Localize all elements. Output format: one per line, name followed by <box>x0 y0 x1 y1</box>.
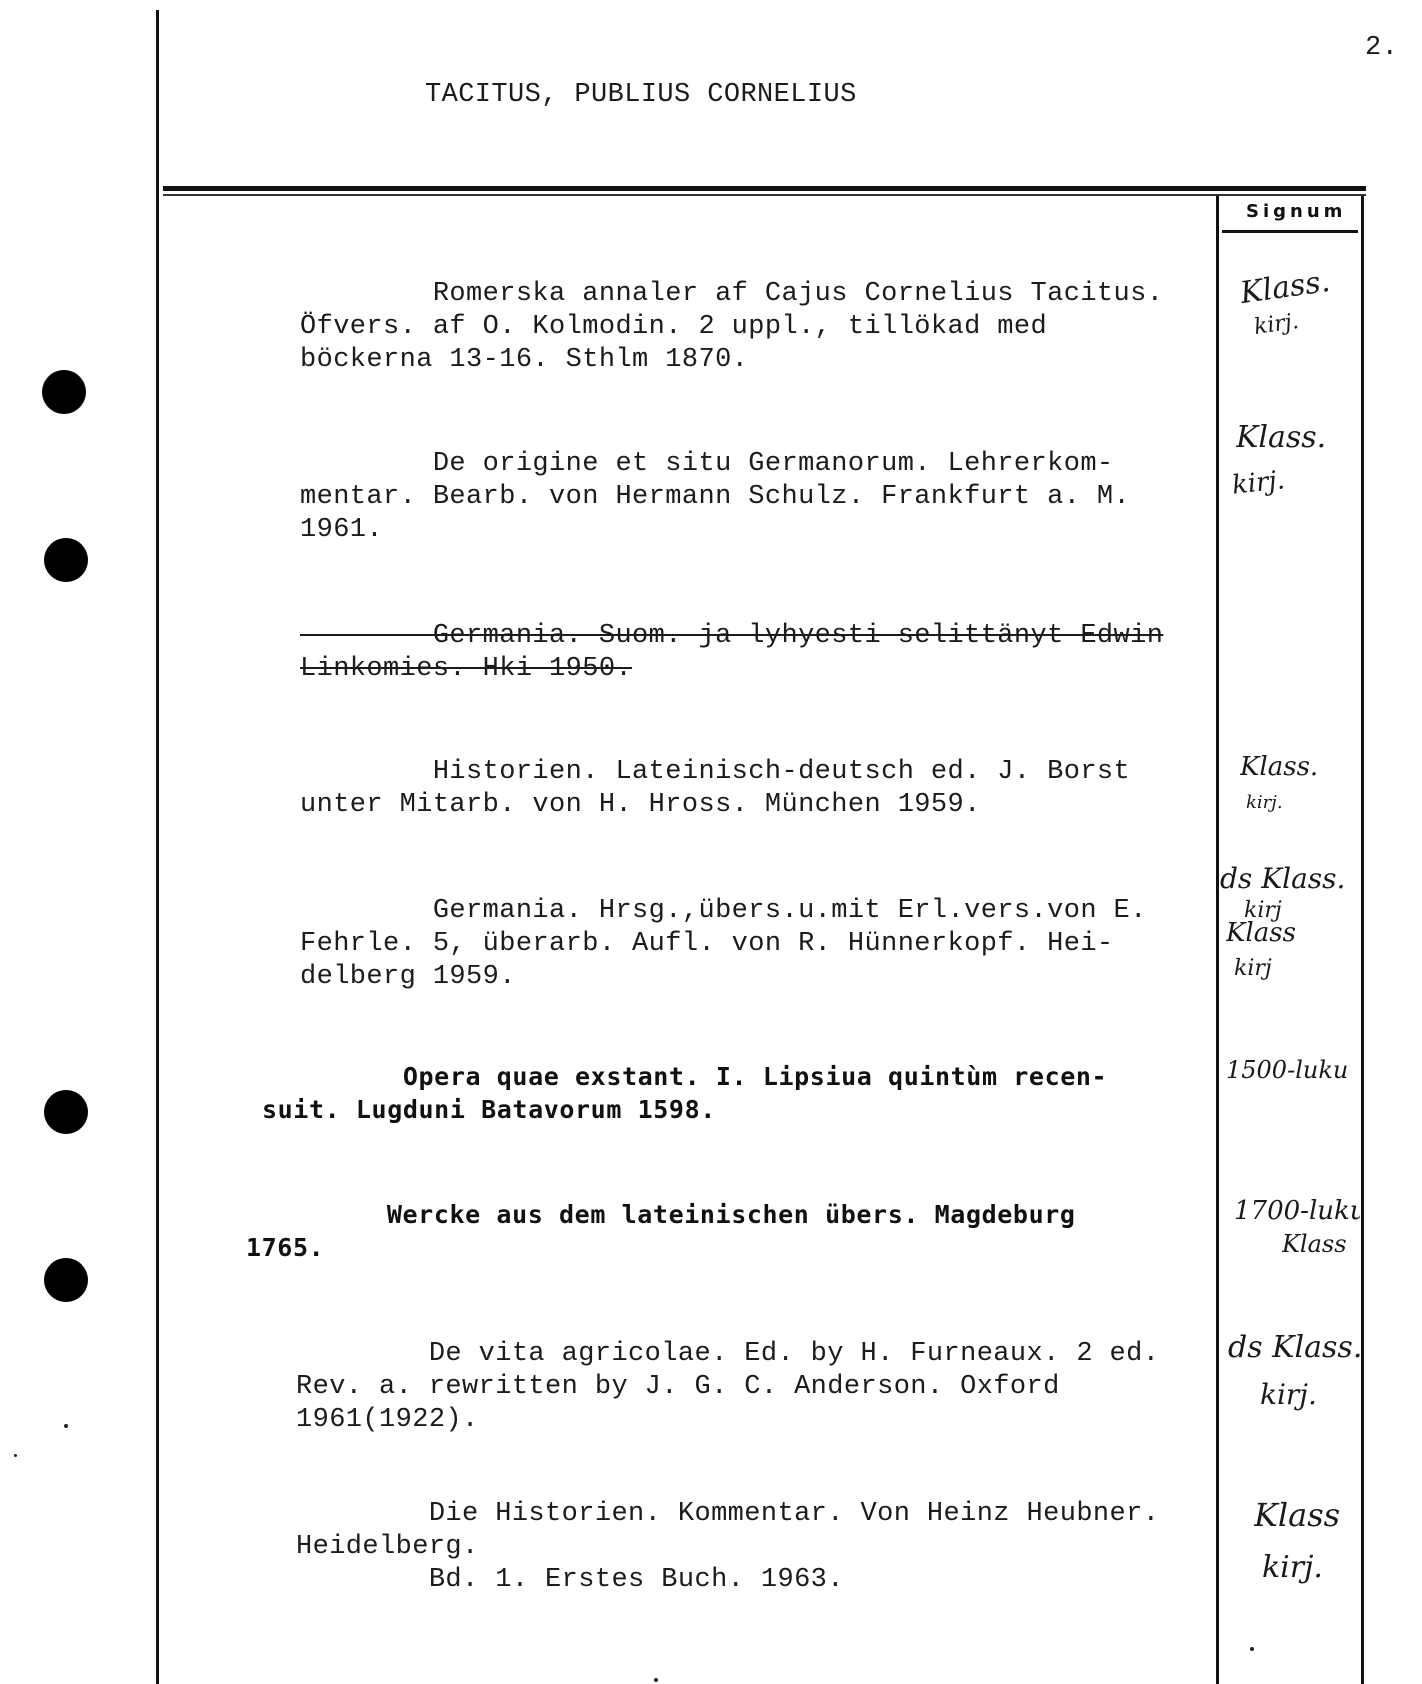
catalog-entry: Romerska annaler af Cajus Cornelius Taci… <box>300 278 1163 377</box>
handwritten-signum: Klass. <box>1236 420 1326 455</box>
entry-line: De vita agricolae. Ed. by H. Furneaux. 2… <box>296 1338 1159 1371</box>
entry-line: Die Historien. Kommentar. Von Heinz Heub… <box>296 1498 1159 1531</box>
signum-column-label: Signum <box>1246 201 1346 222</box>
punch-hole <box>42 370 86 414</box>
handwritten-signum: Klass <box>1226 918 1296 948</box>
entry-line: unter Mitarb. von H. Hross. München 1959… <box>300 789 1130 822</box>
page-number: 2. <box>1365 32 1398 65</box>
handwritten-signum: ds Klass. <box>1228 1330 1360 1365</box>
handwritten-signum: kirj. <box>1246 792 1283 813</box>
catalog-heading: TACITUS, PUBLIUS CORNELIUS <box>425 79 857 112</box>
punch-hole <box>44 538 88 582</box>
entry-line: De origine et situ Germanorum. Lehrerkom… <box>300 448 1130 481</box>
handwritten-signum: 1500-luku <box>1226 1056 1348 1084</box>
handwritten-signum: Klass <box>1254 1496 1340 1534</box>
punch-hole <box>44 1258 88 1302</box>
entry-line: 1961. <box>300 514 1130 547</box>
header-rule-thin <box>163 194 1366 196</box>
scan-speck <box>64 1424 68 1428</box>
entry-line: mentar. Bearb. von Hermann Schulz. Frank… <box>300 481 1130 514</box>
entry-line: Germania. Suom. ja lyhyesti selittänyt E… <box>300 620 1163 653</box>
entry-line: Bd. 1. Erstes Buch. 1963. <box>296 1564 1159 1597</box>
handwritten-signum: Klass <box>1282 1230 1347 1258</box>
entry-line: böckerna 13-16. Sthlm 1870. <box>300 344 1163 377</box>
handwritten-signum: ds Klass. <box>1220 862 1345 895</box>
entry-line: Rev. a. rewritten by J. G. C. Anderson. … <box>296 1371 1159 1404</box>
signum-column-left-rule <box>1216 196 1219 1684</box>
catalog-entry-cancelled: Germania. Suom. ja lyhyesti selittänyt E… <box>300 620 1163 686</box>
scan-speck <box>654 1678 658 1682</box>
catalog-entry: Opera quae exstant. I. Lipsiua quintùm r… <box>262 1060 1107 1126</box>
catalog-entry: Wercke aus dem lateinischen übers. Magde… <box>246 1198 1076 1264</box>
handwritten-signum: kirj. <box>1262 1550 1323 1585</box>
entry-line: Linkomies. Hki 1950. <box>300 653 1163 686</box>
entry-line: Wercke aus dem lateinischen übers. Magde… <box>246 1198 1076 1231</box>
left-margin-rule <box>156 10 159 1684</box>
entry-line: Romerska annaler af Cajus Cornelius Taci… <box>300 278 1163 311</box>
handwritten-signum: kirj <box>1234 956 1272 981</box>
header-rule-thick <box>163 186 1366 191</box>
entry-line: 1765. <box>246 1231 1076 1264</box>
catalog-entry: Die Historien. Kommentar. Von Heinz Heub… <box>296 1498 1159 1597</box>
catalog-entry: De origine et situ Germanorum. Lehrerkom… <box>300 448 1130 547</box>
handwritten-signum: Klass. <box>1238 264 1332 311</box>
scan-speck <box>14 1454 17 1457</box>
handwritten-signum: kirj. <box>1231 465 1287 500</box>
entry-line: delberg 1959. <box>300 961 1147 994</box>
entry-line: Germania. Hrsg.,übers.u.mit Erl.vers.von… <box>300 895 1147 928</box>
catalog-entry: De vita agricolae. Ed. by H. Furneaux. 2… <box>296 1338 1159 1437</box>
entry-line: Heidelberg. <box>296 1531 1159 1564</box>
entry-line: Öfvers. af O. Kolmodin. 2 uppl., tillöka… <box>300 311 1163 344</box>
handwritten-signum: kirj. <box>1260 1378 1317 1411</box>
signum-label-underline <box>1222 230 1358 233</box>
entry-line: Fehrle. 5, überarb. Aufl. von R. Hünnerk… <box>300 928 1147 961</box>
catalog-entry: Germania. Hrsg.,übers.u.mit Erl.vers.von… <box>300 895 1147 994</box>
entry-line: suit. Lugduni Batavorum 1598. <box>262 1093 1107 1126</box>
handwritten-signum: Klass. <box>1240 752 1318 782</box>
scan-speck <box>1250 1647 1254 1651</box>
catalog-entry: Historien. Lateinisch-deutsch ed. J. Bor… <box>300 756 1130 822</box>
handwritten-signum: kirj. <box>1252 309 1300 340</box>
punch-hole <box>44 1090 88 1134</box>
entry-line: Opera quae exstant. I. Lipsiua quintùm r… <box>262 1060 1107 1093</box>
entry-line: Historien. Lateinisch-deutsch ed. J. Bor… <box>300 756 1130 789</box>
signum-column-right-rule <box>1361 196 1364 1684</box>
entry-line: 1961(1922). <box>296 1404 1159 1437</box>
handwritten-signum: 1700-luku <box>1234 1196 1360 1226</box>
